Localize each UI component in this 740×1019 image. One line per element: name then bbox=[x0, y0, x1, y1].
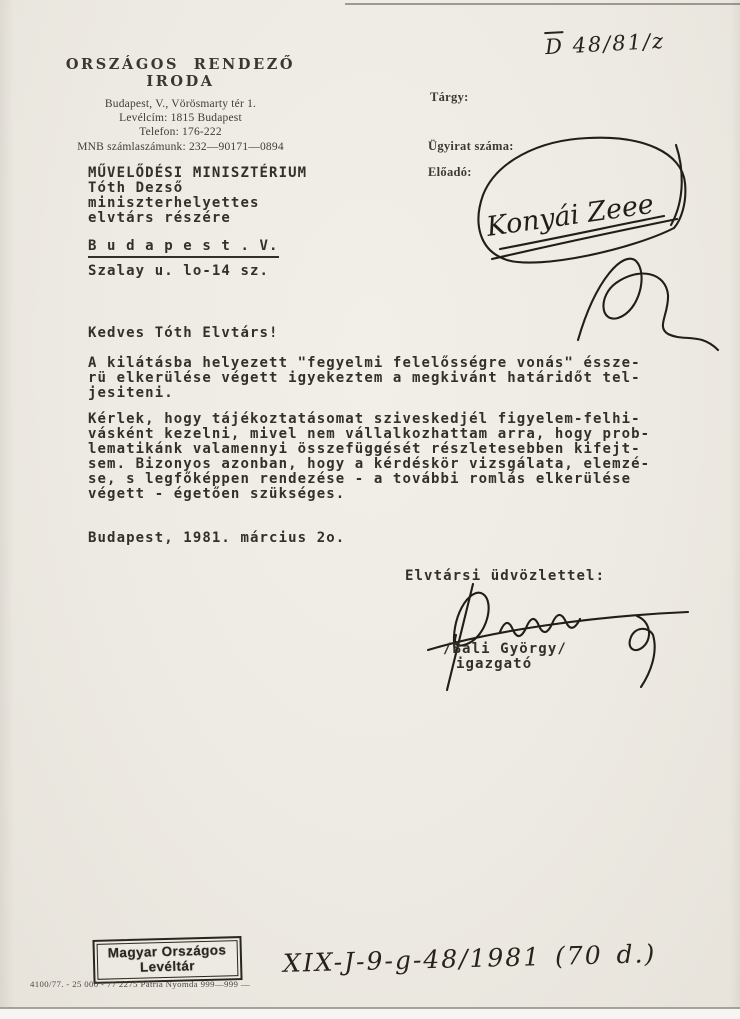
handwritten-circle-annotation: Konyái Zeee bbox=[428, 128, 740, 358]
signer-title: igazgató bbox=[456, 657, 532, 672]
flourish-le-loop bbox=[578, 259, 718, 350]
address-line: Telefon: 176-222 bbox=[28, 125, 333, 139]
stamp-line: Magyar Országos bbox=[108, 942, 227, 960]
recipient-block: MŰVELŐDÉSI MINISZTÉRIUM Tóth Dezső minis… bbox=[88, 166, 307, 279]
recipient-line: elvtárs részére bbox=[88, 211, 307, 226]
salutation: Kedves Tóth Elvtárs! bbox=[88, 326, 279, 341]
recipient-line: Tóth Dezső bbox=[88, 181, 307, 196]
date-line: Budapest, 1981. március 2o. bbox=[88, 531, 345, 546]
oval-right-stroke bbox=[671, 145, 682, 225]
org-name: ORSZÁGOS RENDEZŐ IRODA bbox=[28, 56, 333, 90]
scan-top-edge bbox=[345, 3, 740, 5]
handwritten-signature bbox=[415, 578, 705, 696]
stamp-line: Levéltár bbox=[108, 957, 227, 975]
signature-g-loop bbox=[630, 616, 655, 687]
printer-imprint: 4100/77. - 25 000 - 77 2275 Pátria Nyomd… bbox=[30, 979, 250, 989]
scanned-letter-page: ORSZÁGOS RENDEZŐ IRODA Budapest, V., Vör… bbox=[0, 0, 740, 1019]
signer-name: /Bali György/ bbox=[443, 642, 567, 657]
address-line: Budapest, V., Vörösmarty tér 1. bbox=[28, 97, 333, 111]
archive-reference-handwriting: XIX-J-9-g-48/1981 (70 d.) bbox=[283, 939, 657, 978]
handwritten-code-prefix: D bbox=[544, 31, 564, 59]
letterhead-address: Budapest, V., Vörösmarty tér 1. Levélcím… bbox=[28, 97, 333, 154]
scan-bottom-edge bbox=[0, 1007, 740, 1019]
paragraph-1: A kilátásba helyezett "fegyelmi felelőss… bbox=[88, 356, 688, 401]
handwritten-file-code: D 48/81/z bbox=[544, 29, 665, 59]
recipient-street: Szalay u. lo-14 sz. bbox=[88, 264, 307, 279]
archive-stamp-frame: Magyar Országos Levéltár bbox=[97, 940, 238, 980]
recipient-city: B u d a p e s t . V. bbox=[88, 239, 279, 258]
address-line: MNB számlaszámunk: 232—90171—0894 bbox=[28, 140, 333, 154]
letterhead: ORSZÁGOS RENDEZŐ IRODA Budapest, V., Vör… bbox=[28, 56, 333, 154]
signature-slash bbox=[447, 584, 473, 690]
subject-label: Tárgy: bbox=[430, 90, 469, 105]
archive-stamp: Magyar Országos Levéltár bbox=[92, 936, 242, 984]
paragraph-2: Kérlek, hogy tájékoztatásomat sziveskedj… bbox=[88, 412, 688, 502]
address-line: Levélcím: 1815 Budapest bbox=[28, 111, 333, 125]
recipient-line: MŰVELŐDÉSI MINISZTÉRIUM bbox=[88, 166, 307, 181]
handwritten-code-rest: 48/81/z bbox=[572, 29, 666, 58]
recipient-line: miniszterhelyettes bbox=[88, 196, 307, 211]
